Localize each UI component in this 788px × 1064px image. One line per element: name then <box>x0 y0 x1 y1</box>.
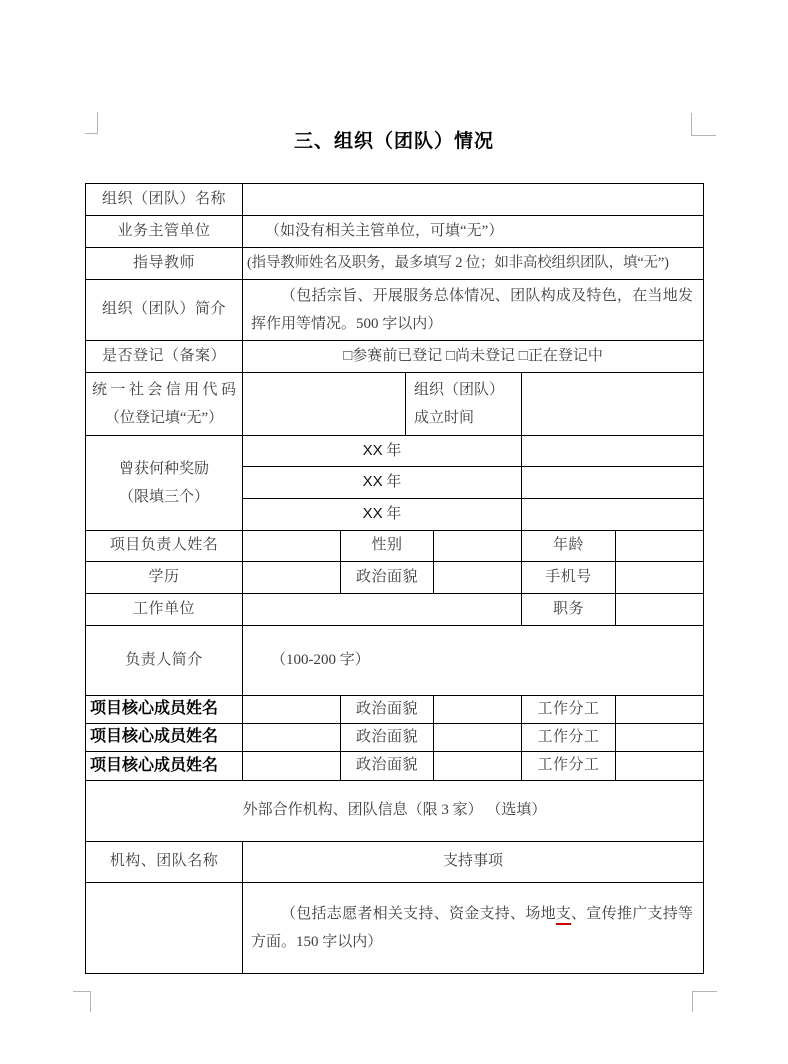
coop-org-name-input[interactable] <box>86 883 243 974</box>
org-name-input[interactable] <box>243 184 704 216</box>
crop-mark-bottom-right <box>692 991 717 1012</box>
supervisor-unit-label: 业务主管单位 <box>86 216 243 248</box>
position-label: 职务 <box>522 594 616 626</box>
row-coop-header: 机构、团队名称 支持事项 <box>86 842 704 883</box>
row-award-1: 曾获何种奖励 （限填三个） XX 年 <box>86 436 704 467</box>
row-education: 学历 政治面貌 手机号 <box>86 562 704 594</box>
education-input[interactable] <box>243 562 341 594</box>
award-name-input-2[interactable] <box>522 467 704 499</box>
row-coop-detail: （包括志愿者相关支持、资金支持、场地支、宣传推广支持等方面。150 字以内） <box>86 883 704 974</box>
awards-label-line2: （限填三个） <box>86 483 242 512</box>
row-core-member-3: 项目核心成员姓名 政治面貌 工作分工 <box>86 752 704 781</box>
row-work-unit: 工作单位 职务 <box>86 594 704 626</box>
award-year-xx-2: XX <box>363 473 383 490</box>
award-name-input-1[interactable] <box>522 436 704 467</box>
position-input[interactable] <box>616 594 704 626</box>
support-detail-input[interactable]: （包括志愿者相关支持、资金支持、场地支、宣传推广支持等方面。150 字以内） <box>243 883 704 974</box>
award-year-unit-3: 年 <box>386 506 401 522</box>
awards-label: 曾获何种奖励 （限填三个） <box>86 436 243 531</box>
org-name-label: 组织（团队）名称 <box>86 184 243 216</box>
core-member-2-political-input[interactable] <box>434 724 522 752</box>
row-advisor: 指导教师 (指导教师姓名及职务，最多填写 2 位；如非高校组织团队，填“无”) <box>86 248 704 280</box>
credit-code-label-line1: 统一社会信用代码 <box>86 376 242 405</box>
gender-input[interactable] <box>434 531 522 562</box>
founding-time-label: 组织（团队） 成立时间 <box>406 373 522 436</box>
coop-org-name-label: 机构、团队名称 <box>86 842 243 883</box>
core-member-1-division-input[interactable] <box>616 696 704 724</box>
age-label: 年龄 <box>522 531 616 562</box>
awards-label-line1: 曾获何种奖励 <box>86 455 242 484</box>
organization-info-table: 组织（团队）名称 业务主管单位 （如没有相关主管单位，可填“无”） 指导教师 (… <box>85 183 704 974</box>
work-unit-input[interactable] <box>243 594 522 626</box>
leader-name-input[interactable] <box>243 531 341 562</box>
document-page: 三、组织（团队）情况 组织（团队）名称 业务主管单位 （如没有相关主管单位，可填… <box>0 0 788 1064</box>
support-detail-text-1: （包括志愿者相关支持、资金支持、场地 <box>281 906 556 922</box>
external-coop-header: 外部合作机构、团队信息（限 3 家） （选填） <box>86 781 704 842</box>
core-member-1-label: 项目核心成员姓名 <box>86 696 243 724</box>
founding-time-label-line1: 组织（团队） <box>414 376 521 405</box>
support-items-label: 支持事项 <box>243 842 704 883</box>
founding-time-input[interactable] <box>522 373 704 436</box>
award-year-unit-1: 年 <box>386 443 401 459</box>
core-member-3-name-input[interactable] <box>243 752 341 781</box>
org-intro-label: 组织（团队）简介 <box>86 280 243 341</box>
core-member-2-name-input[interactable] <box>243 724 341 752</box>
award-year-input-3[interactable]: XX 年 <box>243 499 522 531</box>
core-member-3-division-input[interactable] <box>616 752 704 781</box>
row-leader-name: 项目负责人姓名 性别 年龄 <box>86 531 704 562</box>
org-intro-input[interactable]: （包括宗旨、开展服务总体情况、团队构成及特色，在当地发挥作用等情况。500 字以… <box>243 280 704 341</box>
row-credit-code: 统一社会信用代码 （位登记填“无”） 组织（团队） 成立时间 <box>86 373 704 436</box>
crop-mark-bottom-left <box>73 991 91 1012</box>
leader-intro-input[interactable]: （100-200 字） <box>243 626 704 696</box>
credit-code-label-line2: （位登记填“无”） <box>86 404 242 433</box>
core-member-2-label: 项目核心成员姓名 <box>86 724 243 752</box>
core-member-3-political-label: 政治面貌 <box>341 752 434 781</box>
award-name-input-3[interactable] <box>522 499 704 531</box>
award-year-input-1[interactable]: XX 年 <box>243 436 522 467</box>
core-member-1-political-label: 政治面貌 <box>341 696 434 724</box>
row-core-member-1: 项目核心成员姓名 政治面貌 工作分工 <box>86 696 704 724</box>
credit-code-label: 统一社会信用代码 （位登记填“无”） <box>86 373 243 436</box>
core-member-1-name-input[interactable] <box>243 696 341 724</box>
row-leader-intro: 负责人简介 （100-200 字） <box>86 626 704 696</box>
education-label: 学历 <box>86 562 243 594</box>
age-input[interactable] <box>616 531 704 562</box>
leader-intro-label: 负责人简介 <box>86 626 243 696</box>
core-member-3-political-input[interactable] <box>434 752 522 781</box>
credit-code-input[interactable] <box>243 373 406 436</box>
core-member-2-division-input[interactable] <box>616 724 704 752</box>
core-member-1-division-label: 工作分工 <box>522 696 616 724</box>
row-supervisor-unit: 业务主管单位 （如没有相关主管单位，可填“无”） <box>86 216 704 248</box>
award-year-input-2[interactable]: XX 年 <box>243 467 522 499</box>
founding-time-label-line2: 成立时间 <box>414 404 521 433</box>
advisor-input[interactable]: (指导教师姓名及职务，最多填写 2 位；如非高校组织团队，填“无”) <box>243 248 704 280</box>
political-status-input[interactable] <box>434 562 522 594</box>
support-detail-spellcheck-underline: 支 <box>556 906 571 925</box>
advisor-label: 指导教师 <box>86 248 243 280</box>
row-registered: 是否登记（备案） □参赛前已登记 □尚未登记 □正在登记中 <box>86 341 704 373</box>
row-org-intro: 组织（团队）简介 （包括宗旨、开展服务总体情况、团队构成及特色，在当地发挥作用等… <box>86 280 704 341</box>
row-core-member-2: 项目核心成员姓名 政治面貌 工作分工 <box>86 724 704 752</box>
core-member-3-label: 项目核心成员姓名 <box>86 752 243 781</box>
award-year-unit-2: 年 <box>386 474 401 490</box>
supervisor-unit-input[interactable]: （如没有相关主管单位，可填“无”） <box>243 216 704 248</box>
row-external-coop-header: 外部合作机构、团队信息（限 3 家） （选填） <box>86 781 704 842</box>
political-status-label: 政治面貌 <box>341 562 434 594</box>
core-member-3-division-label: 工作分工 <box>522 752 616 781</box>
row-org-name: 组织（团队）名称 <box>86 184 704 216</box>
registered-label: 是否登记（备案） <box>86 341 243 373</box>
award-year-xx-3: XX <box>363 505 383 522</box>
mobile-input[interactable] <box>616 562 704 594</box>
work-unit-label: 工作单位 <box>86 594 243 626</box>
mobile-label: 手机号 <box>522 562 616 594</box>
registered-options[interactable]: □参赛前已登记 □尚未登记 □正在登记中 <box>243 341 704 373</box>
page-title: 三、组织（团队）情况 <box>0 126 788 153</box>
award-year-xx-1: XX <box>363 442 383 459</box>
gender-label: 性别 <box>341 531 434 562</box>
core-member-2-division-label: 工作分工 <box>522 724 616 752</box>
core-member-2-political-label: 政治面貌 <box>341 724 434 752</box>
leader-name-label: 项目负责人姓名 <box>86 531 243 562</box>
core-member-1-political-input[interactable] <box>434 696 522 724</box>
